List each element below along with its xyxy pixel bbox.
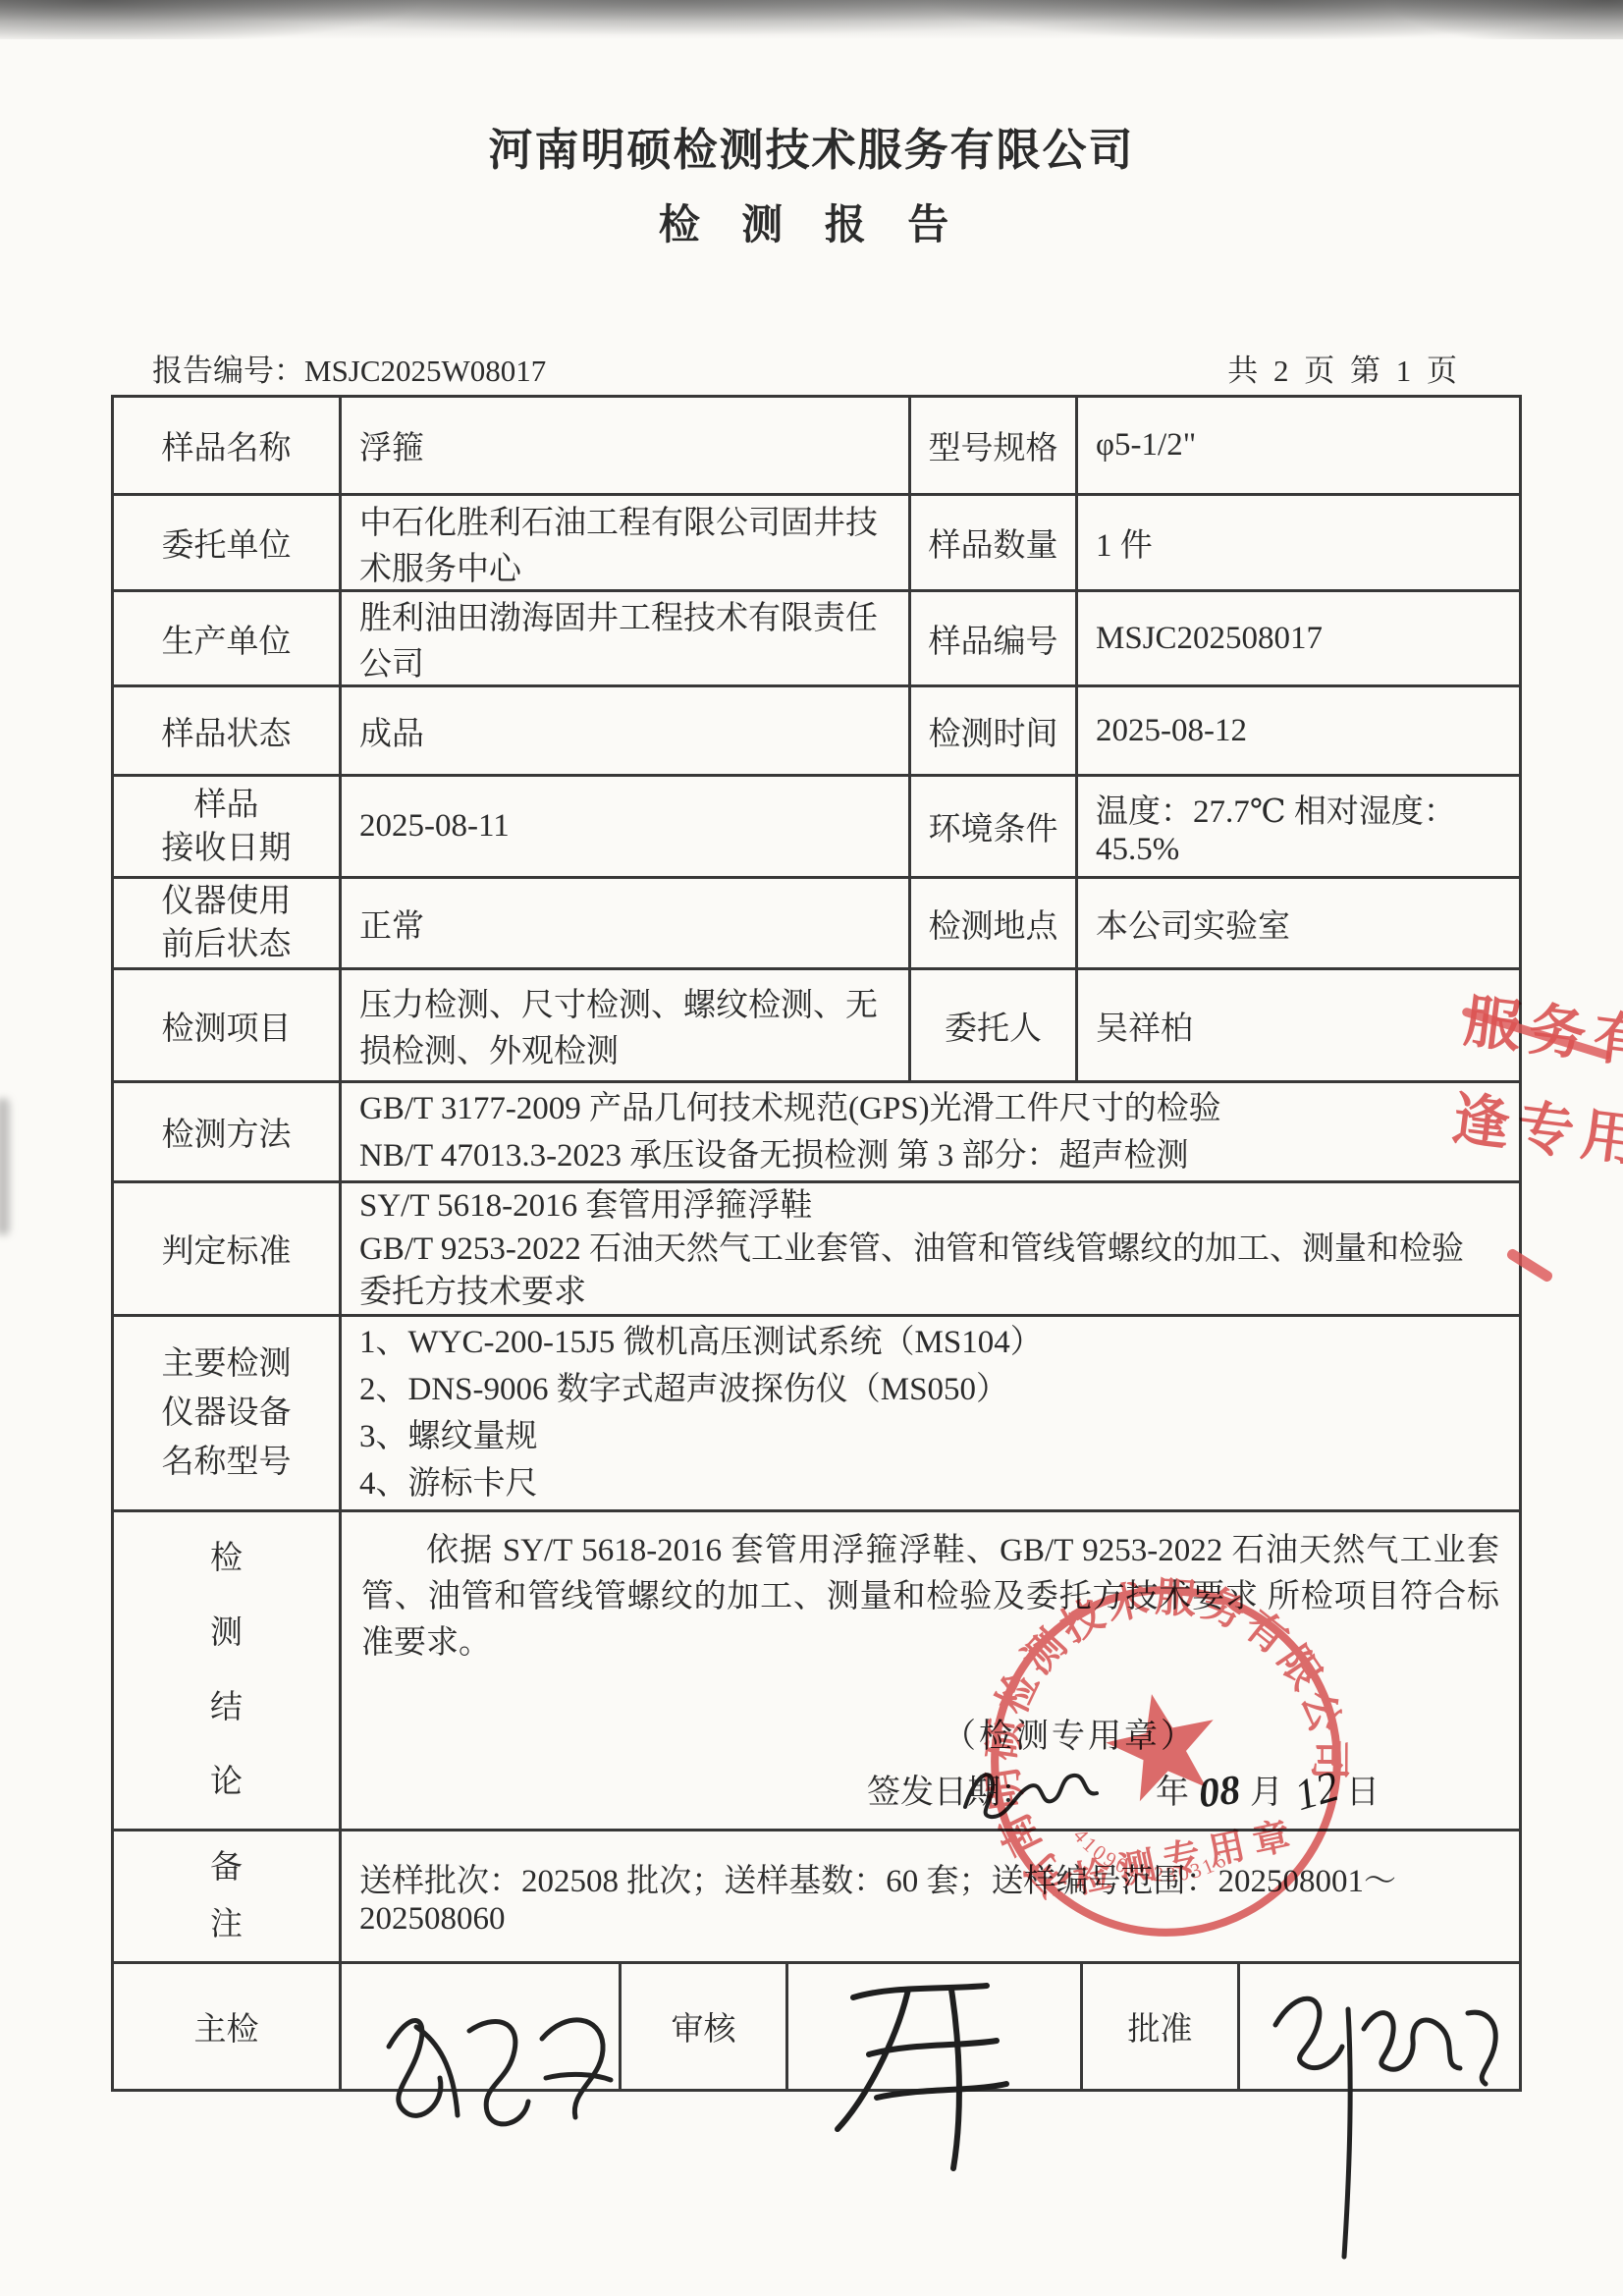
standard-line: 委托方技术要求 (359, 1271, 1501, 1314)
table-row: 样品 接收日期 2025-08-11 环境条件 温度：27.7℃ 相对湿度：45… (114, 777, 1522, 879)
instrument-line: 3、螺纹量规 (359, 1413, 1501, 1460)
method-line: NB/T 47013.3-2023 承压设备无损检测 第 3 部分：超声检测 (359, 1132, 1501, 1179)
report-number-label: 报告编号： (152, 354, 304, 388)
company-title: 河南明硕检测技术服务有限公司 (0, 114, 1623, 178)
table-row: 仪器使用 前后状态 正常 检测地点 本公司实验室 (114, 879, 1522, 970)
row-value: 2025-08-12 (1078, 687, 1522, 777)
row-value: 1 件 (1078, 496, 1522, 592)
row-label: 检测项目 (114, 970, 342, 1083)
table-row: 委托单位 中石化胜利石油工程有限公司固井技术服务中心 样品数量 1 件 (114, 496, 1522, 592)
row-label: 检测时间 (911, 687, 1078, 777)
document-title: 检 测 报 告 (0, 192, 1623, 251)
row-label: 判定标准 (114, 1183, 342, 1317)
reviewer-signature (788, 1964, 1083, 2092)
row-label: 环境条件 (911, 777, 1078, 879)
instrument-line: 4、游标卡尺 (359, 1460, 1501, 1507)
table-row: 生产单位 胜利油田渤海固井工程技术有限责任公司 样品编号 MSJC2025080… (114, 592, 1522, 687)
row-value: 温度：27.7℃ 相对湿度：45.5% (1078, 777, 1522, 879)
row-label: 检 测 结 论 (114, 1512, 342, 1831)
signature-scribble (814, 1972, 1069, 2178)
inspector-signature (342, 1964, 622, 2092)
method-line: GB/T 3177-2009 产品几何技术规范(GPS)光滑工件尺寸的检验 (359, 1085, 1501, 1132)
row-value: 压力检测、尺寸检测、螺纹检测、无损检测、外观检测 (342, 970, 911, 1083)
approver-label: 批准 (1083, 1964, 1240, 2092)
table-row: 检测项目 压力检测、尺寸检测、螺纹检测、无损检测、外观检测 委托人 吴祥柏 (114, 970, 1522, 1083)
row-value: 本公司实验室 (1078, 879, 1522, 970)
row-label: 主要检测 仪器设备 名称型号 (114, 1317, 342, 1512)
row-value: 1、WYC-200-15J5 微机高压测试系统（MS104） 2、DNS-900… (342, 1317, 1522, 1512)
page-indicator: 共 2 页 第 1 页 (1227, 346, 1461, 390)
inspector-label: 主检 (114, 1964, 342, 2092)
table-row-method: 检测方法 GB/T 3177-2009 产品几何技术规范(GPS)光滑工件尺寸的… (114, 1083, 1522, 1183)
row-label: 型号规格 (911, 398, 1078, 496)
company-seal: 河南明硕检测技术服务有限公司 检测专用章 4109020230316 (947, 1543, 1384, 1980)
row-value: 2025-08-11 (342, 777, 911, 879)
instrument-line: 2、DNS-9006 数字式超声波探伤仪（MS050） (359, 1366, 1501, 1413)
scan-artifact-smudge (0, 1098, 10, 1235)
paging-seal-fragment: 服务有 逢专用 (1447, 973, 1623, 1191)
row-value: 胜利油田渤海固井工程技术有限责任公司 (342, 592, 911, 687)
standard-line: SY/T 5618-2016 套管用浮箍浮鞋 (359, 1184, 1501, 1228)
row-label: 检测方法 (114, 1083, 342, 1183)
report-number: 报告编号：MSJC2025W08017 (152, 346, 546, 390)
row-value: SY/T 5618-2016 套管用浮箍浮鞋 GB/T 9253-2022 石油… (342, 1183, 1522, 1317)
scan-artifact-top (0, 0, 1623, 39)
signature-scribble (359, 1988, 615, 2155)
row-label: 委托单位 (114, 496, 342, 592)
table-row-instruments: 主要检测 仪器设备 名称型号 1、WYC-200-15J5 微机高压测试系统（M… (114, 1317, 1522, 1512)
report-page: 河南明硕检测技术服务有限公司 检 测 报 告 报告编号：MSJC2025W080… (0, 0, 1623, 2296)
signature-scribble (1254, 1970, 1519, 2265)
table-row-standard: 判定标准 SY/T 5618-2016 套管用浮箍浮鞋 GB/T 9253-20… (114, 1183, 1522, 1317)
row-label: 样品编号 (911, 592, 1078, 687)
report-number-value: MSJC2025W08017 (304, 354, 546, 388)
row-value: φ5-1/2" (1078, 398, 1522, 496)
approver-signature (1240, 1964, 1522, 2092)
row-value: 成品 (342, 687, 911, 777)
row-label: 检测地点 (911, 879, 1078, 970)
seal-star-icon (1098, 1682, 1226, 1805)
row-label: 委托人 (911, 970, 1078, 1083)
row-value: MSJC202508017 (1078, 592, 1522, 687)
row-label: 备 注 (114, 1831, 342, 1964)
row-label: 样品数量 (911, 496, 1078, 592)
row-label: 仪器使用 前后状态 (114, 879, 342, 970)
row-value: GB/T 3177-2009 产品几何技术规范(GPS)光滑工件尺寸的检验 NB… (342, 1083, 1522, 1183)
row-label: 样品 接收日期 (114, 777, 342, 879)
row-label: 样品状态 (114, 687, 342, 777)
row-value: 吴祥柏 (1078, 970, 1522, 1083)
table-row: 样品状态 成品 检测时间 2025-08-12 (114, 687, 1522, 777)
row-value: 浮箍 (342, 398, 911, 496)
reviewer-label: 审核 (622, 1964, 788, 2092)
row-value: 正常 (342, 879, 911, 970)
table-row-signatures: 主检 审核 (114, 1964, 1522, 2092)
instrument-line: 1、WYC-200-15J5 微机高压测试系统（MS104） (359, 1319, 1501, 1366)
table-row: 样品名称 浮箍 型号规格 φ5-1/2" (114, 398, 1522, 496)
row-label: 生产单位 (114, 592, 342, 687)
standard-line: GB/T 9253-2022 石油天然气工业套管、油管和管线管螺纹的加工、测量和… (359, 1228, 1501, 1271)
row-label: 样品名称 (114, 398, 342, 496)
row-value: 中石化胜利石油工程有限公司固井技术服务中心 (342, 496, 911, 592)
